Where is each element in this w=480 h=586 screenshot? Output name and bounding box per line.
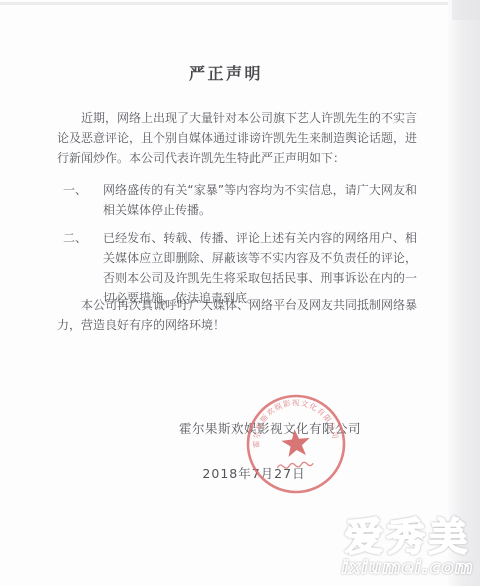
paper-corner-shade — [452, 0, 480, 20]
paper-right-edge — [448, 0, 480, 586]
closing-paragraph: 本公司再次真诚呼吁广大媒体、网络平台及网友共同抵制网络暴力，营造良好有序的网络环… — [57, 295, 417, 335]
document-photo: 严正声明 近期，网络上出现了大量针对本公司旗下艺人许凯先生的不实言论及恶意评论，… — [0, 0, 480, 586]
item-1-text: 网络盛传的有关“家暴”等内容均为不实信息，请广大网友和相关媒体停止传播。 — [103, 183, 417, 217]
paper-top-edge — [0, 2, 480, 5]
item-2-marker: 二、 — [63, 228, 87, 248]
star-icon — [280, 428, 311, 458]
company-seal-stamp: 霍尔果斯欢娱影视文化有限公司 — [238, 386, 354, 502]
item-2-text: 已经发布、转载、传播、评论上述有关内容的网络用户、相关媒体应立即删除、屏蔽该等不… — [103, 231, 417, 305]
intro-paragraph: 近期，网络上出现了大量针对本公司旗下艺人许凯先生的不实言论及恶意评论，且个别自媒… — [57, 108, 417, 168]
watermark-site-name: 爱秀美 — [342, 516, 474, 558]
seal-script-squiggle — [277, 461, 313, 469]
document-title: 严正声明 — [0, 61, 452, 84]
statement-item-1: 一、 网络盛传的有关“家暴”等内容均为不实信息，请广大网友和相关媒体停止传播。 — [57, 180, 417, 220]
watermark-site-url: ixiumei.com — [342, 558, 474, 578]
item-1-marker: 一、 — [63, 180, 87, 200]
site-watermark: 爱秀美 ixiumei.com — [342, 516, 474, 578]
